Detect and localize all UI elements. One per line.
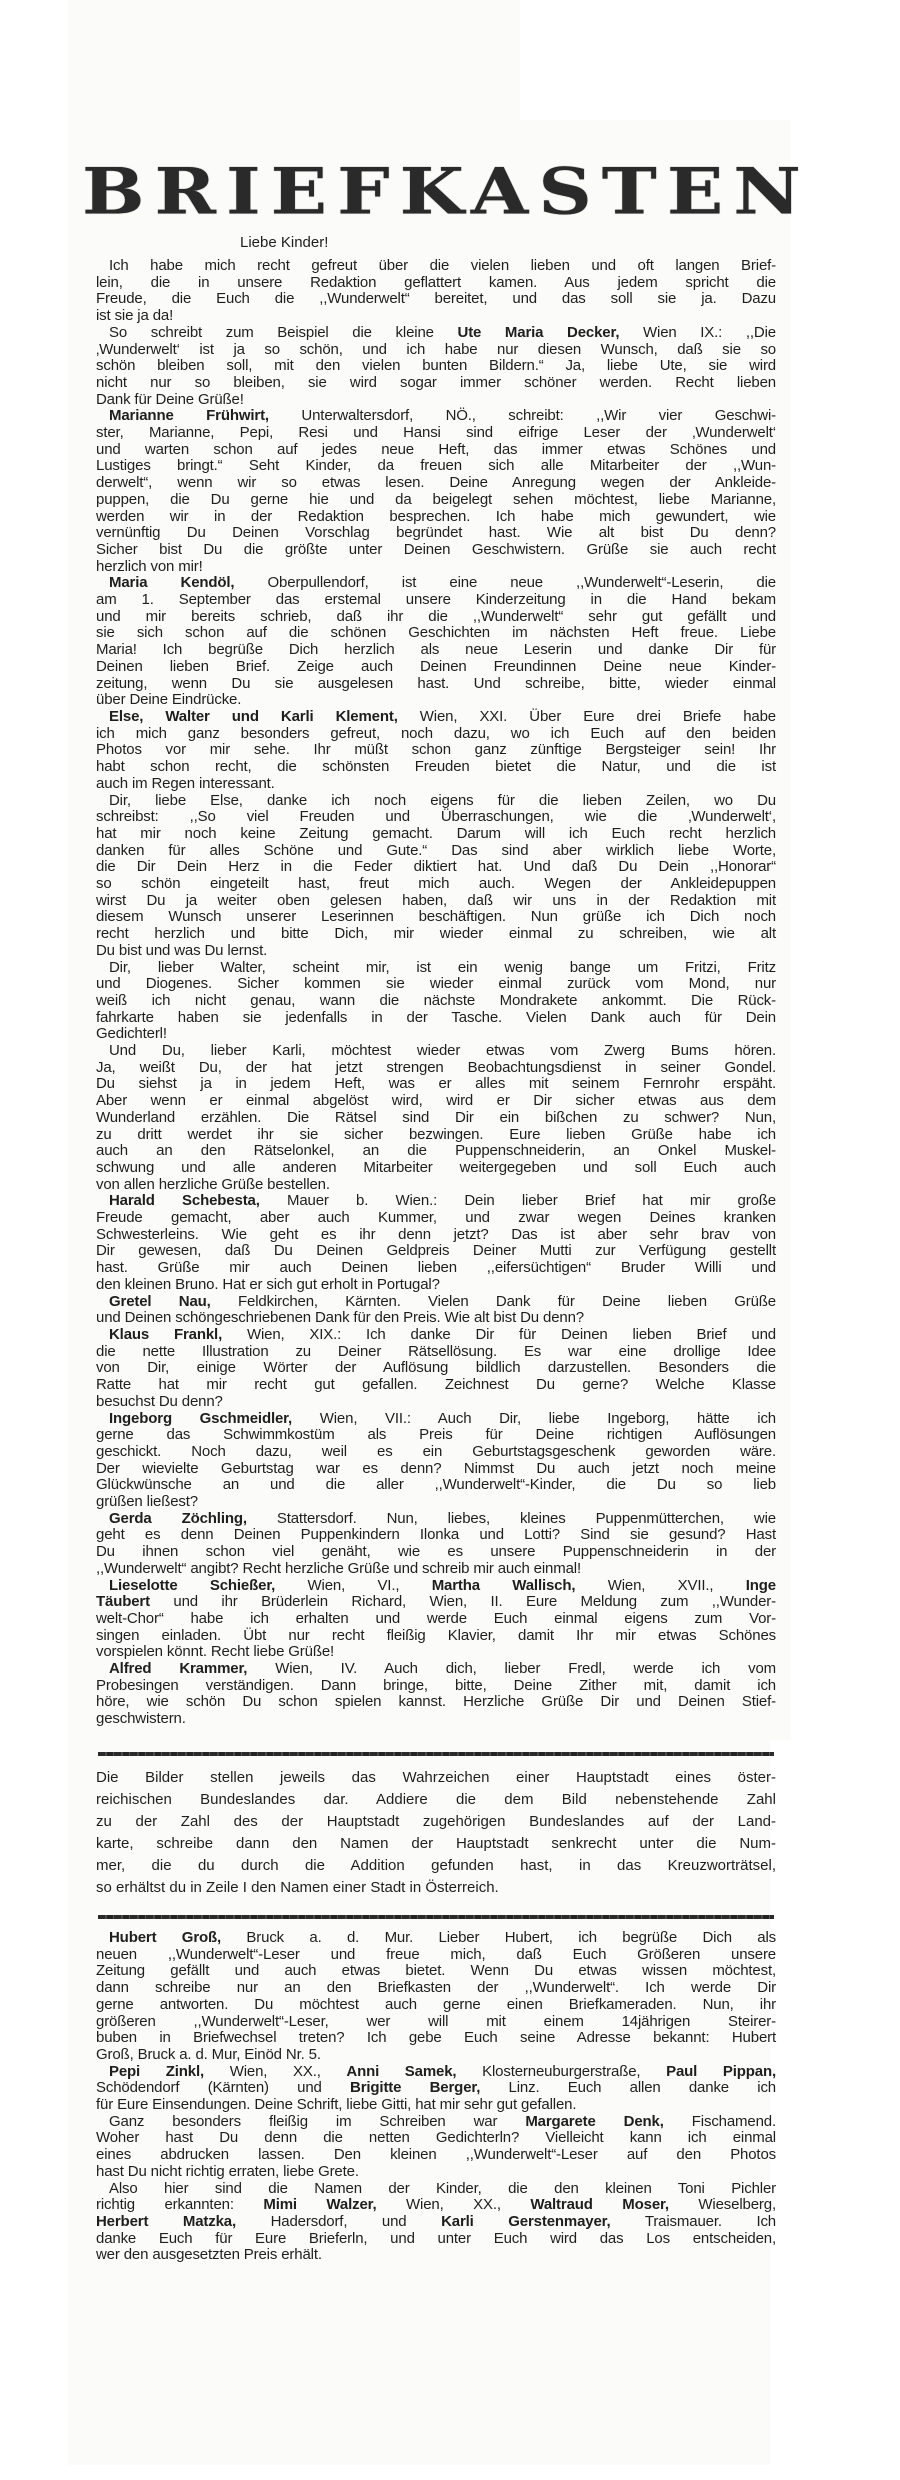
- text-line: von allen herzliche Grüße bestellen.: [96, 1177, 776, 1194]
- reader-name: Waltraud Moser,: [530, 2196, 669, 2213]
- text-line: Lieselotte Schießer, Wien, VI., Martha W…: [96, 1578, 776, 1595]
- greeting: Liebe Kinder!: [240, 234, 328, 251]
- text-line: wirst Du ja weiter oben gelesen haben, d…: [96, 893, 776, 910]
- text-line: Sicher bist Du die größte unter Deinen G…: [96, 542, 776, 559]
- text-run: Mauer b. Wien.: Dein lieber Brief hat mi…: [260, 1192, 776, 1209]
- text-line: gerne antworten. Du möchtest auch gerne …: [96, 1997, 776, 2014]
- reader-name: Ingeborg Gschmeidler,: [109, 1410, 292, 1427]
- paragraph: Dir, liebe Else, danke ich noch eigens f…: [96, 793, 776, 960]
- puzzle-instructions: Die Bilder stellen jeweils das Wahrzeich…: [96, 1767, 776, 1899]
- text-run: Lustiges bringt.“ Seht Kinder, da freuen…: [96, 457, 776, 474]
- text-run: hat mir noch keine Zeitung gemacht. Daru…: [96, 825, 776, 842]
- text-run: geschwistern.: [96, 1710, 186, 1727]
- text-run: danken für alles Schöne und Gute.“ Das s…: [96, 842, 776, 859]
- text-run: zu der Zahl des der Hauptstadt zugehörig…: [96, 1813, 776, 1830]
- text-run: Freude, die Euch die ,,Wunderwelt“ berei…: [96, 290, 776, 307]
- text-line: Ingeborg Gschmeidler, Wien, VII.: Auch D…: [96, 1411, 776, 1428]
- reader-name: Martha Wallisch,: [432, 1577, 576, 1594]
- text-run: weiß ich nicht genau, wann die nächste M…: [96, 992, 776, 1009]
- text-run: Du bist und was Du lernst.: [96, 942, 267, 959]
- text-line: den kleinen Bruno. Hat er sich gut erhol…: [96, 1277, 776, 1294]
- text-run: recht herzlich und bitte Dich, mir wiede…: [96, 925, 776, 942]
- text-run: Der wievielte Geburtstag war es denn? Ni…: [96, 1460, 776, 1477]
- reader-name: Ute Maria Decker,: [458, 324, 620, 341]
- text-line: richtig erkannten: Mimi Walzer, Wien, XX…: [96, 2197, 776, 2214]
- text-line: hat mir noch keine Zeitung gemacht. Daru…: [96, 826, 776, 843]
- text-run: schwung und alle anderen Mitarbeiter wei…: [96, 1159, 776, 1176]
- text-line: hast. Grüße mir auch Deinen lieben ,,eif…: [96, 1260, 776, 1277]
- text-line: fahrkarte haben sie jedenfalls in der Ta…: [96, 1010, 776, 1027]
- text-run: Du siehst ja in jedem Heft, was er alles…: [96, 1075, 776, 1092]
- text-run: vernünftig Du Deinen Vorschlag begründet…: [96, 524, 776, 541]
- text-line: Freude, die Euch die ,,Wunderwelt“ berei…: [96, 291, 776, 308]
- paragraph: Also hier sind die Namen der Kinder, die…: [96, 2181, 776, 2265]
- text-line: Maria Kendöl, Oberpullendorf, ist eine n…: [96, 575, 776, 592]
- paragraph: Marianne Frühwirt, Unterwaltersdorf, NÖ.…: [96, 408, 776, 575]
- text-line: zeitung, wenn Du sie ausgelesen hast. Un…: [96, 676, 776, 693]
- text-line: danke Euch für Eure Brieferln, und unter…: [96, 2231, 776, 2248]
- text-run: Oberpullendorf, ist eine neue ,,Wunderwe…: [234, 574, 776, 591]
- reader-name: Else, Walter und Karli Klement,: [109, 708, 398, 725]
- reader-name: Lieselotte Schießer,: [109, 1577, 275, 1594]
- text-run: mer, die du durch die Addition gefunden …: [96, 1857, 776, 1874]
- paragraph: Die Bilder stellen jeweils das Wahrzeich…: [96, 1767, 776, 1899]
- text-line: schön bleiben soll, mit den vielen bunte…: [96, 358, 776, 375]
- text-line: Hubert Groß, Bruck a. d. Mur. Lieber Hub…: [96, 1930, 776, 1947]
- text-line: für Eure Einsendungen. Deine Schrift, li…: [96, 2097, 776, 2114]
- text-run: Wien IX.: ,,Die: [619, 324, 776, 341]
- text-run: Dir, liebe Else, danke ich noch eigens f…: [109, 792, 776, 809]
- text-run: gerne antworten. Du möchtest auch gerne …: [96, 1996, 776, 2013]
- text-run: Wien, VI.,: [275, 1577, 431, 1594]
- text-run: derwelt“, wenn wir so etwas lesen. Deine…: [96, 474, 776, 491]
- text-line: gerne das Schwimmkostüm als Preis für De…: [96, 1427, 776, 1444]
- reader-name: Marianne Frühwirt,: [109, 407, 269, 424]
- text-run: fahrkarte haben sie jedenfalls in der Ta…: [96, 1009, 776, 1026]
- text-run: besuchst Du denn?: [96, 1393, 223, 1410]
- text-line: Zeitung gefällt und auch etwas bietet. W…: [96, 1963, 776, 1980]
- text-run: geht es denn Deinen Puppenkindern Ilonka…: [96, 1526, 776, 1543]
- text-run: Wien, XX.,: [377, 2196, 531, 2213]
- text-line: Lustiges bringt.“ Seht Kinder, da freuen…: [96, 458, 776, 475]
- text-line: ich mich ganz besonders gefreut, noch da…: [96, 726, 776, 743]
- text-run: Bruck a. d. Mur. Lieber Hubert, ich begr…: [221, 1929, 776, 1946]
- text-line: auch an den Rätselonkel, an die Puppensc…: [96, 1143, 776, 1160]
- text-run: Ganz besonders fleißig im Schreiben war: [109, 2113, 525, 2130]
- paragraph: Maria Kendöl, Oberpullendorf, ist eine n…: [96, 575, 776, 709]
- text-line: buben in Briefwechsel treten? Ich gebe E…: [96, 2030, 776, 2047]
- text-line: puppen, die Du gerne hie und da beigeleg…: [96, 492, 776, 509]
- text-line: hast Du nicht richtig erraten, liebe Gre…: [96, 2164, 776, 2181]
- text-line: Schwesterleins. Wie geht es ihr denn jet…: [96, 1227, 776, 1244]
- text-line: Deinen lieben Brief. Zeige auch Deinen F…: [96, 659, 776, 676]
- text-run: über Deine Eindrücke.: [96, 691, 241, 708]
- more-letters-section: Hubert Groß, Bruck a. d. Mur. Lieber Hub…: [96, 1930, 776, 2264]
- text-line: Maria! Ich begrüße Dich herzlich als neu…: [96, 642, 776, 659]
- text-line: Der wievielte Geburtstag war es denn? Ni…: [96, 1461, 776, 1478]
- text-line: dann schreibe nur an den Briefkasten der…: [96, 1980, 776, 1997]
- text-run: lein, die in unsere Redaktion geflattert…: [96, 274, 776, 291]
- text-line: Photos vor mir sehe. Ihr müßt schon ganz…: [96, 742, 776, 759]
- text-run: dann schreibe nur an den Briefkasten der…: [96, 1979, 776, 1996]
- paragraph: Gretel Nau, Feldkirchen, Kärnten. Vielen…: [96, 1294, 776, 1327]
- text-run: gerne das Schwimmkostüm als Preis für De…: [96, 1426, 776, 1443]
- text-line: Gedichterl!: [96, 1026, 776, 1043]
- text-run: vorspielen könnt. Recht liebe Grüße!: [96, 1643, 334, 1660]
- text-run: Zeitung gefällt und auch etwas bietet. W…: [96, 1962, 776, 1979]
- reader-name: Margarete Denk,: [525, 2113, 663, 2130]
- text-run: Dir, lieber Walter, scheint mir, ist ein…: [109, 959, 776, 976]
- text-run: Dir gewesen, daß Du Deinen Geldpreis Dei…: [96, 1242, 776, 1259]
- divider-rule-bottom: [98, 1915, 774, 1919]
- text-line: größeren ,,Wunderwelt“-Leser, wer will m…: [96, 2014, 776, 2031]
- text-line: Klaus Frankl, Wien, XIX.: Ich danke Dir …: [96, 1327, 776, 1344]
- text-run: Sicher bist Du die größte unter Deinen G…: [96, 541, 776, 558]
- text-run: Wieselberg,: [669, 2196, 776, 2213]
- text-line: so erhältst du in Zeile I den Namen eine…: [96, 1877, 776, 1899]
- text-run: von Dir, einige Wörter der Auflösung bil…: [96, 1359, 776, 1376]
- text-run: Maria! Ich begrüße Dich herzlich als neu…: [96, 641, 776, 658]
- text-run: Traismauer. Ich: [611, 2213, 776, 2230]
- text-line: habt schon recht, die schönsten Freuden …: [96, 759, 776, 776]
- reader-name: Gretel Nau,: [109, 1293, 211, 1310]
- text-run: neuen ,,Wunderwelt“-Leser und freue mich…: [96, 1946, 776, 1963]
- text-line: Schödendorf (Kärnten) und Brigitte Berge…: [96, 2080, 776, 2097]
- text-run: auch im Regen interessant.: [96, 775, 275, 792]
- text-run: Fischamend.: [664, 2113, 776, 2130]
- text-line: So schreibt zum Beispiel die kleine Ute …: [96, 325, 776, 342]
- reader-name: Karli Gerstenmayer,: [441, 2213, 610, 2230]
- text-line: Du ihnen schon viel genäht, wie es unser…: [96, 1544, 776, 1561]
- reader-name: Klaus Frankl,: [109, 1326, 222, 1343]
- text-run: hast. Grüße mir auch Deinen lieben ,,eif…: [96, 1259, 776, 1276]
- paragraph: Pepi Zinkl, Wien, XX., Anni Samek, Klost…: [96, 2064, 776, 2114]
- text-line: welt-Chor“ habe ich erhalten und werde E…: [96, 1611, 776, 1628]
- text-line: Freude gemacht, aber auch Kummer, und zw…: [96, 1210, 776, 1227]
- text-run: auch an den Rätselonkel, an die Puppensc…: [96, 1142, 776, 1159]
- text-run: diesem Wunsch unserer Leserinnen beschäf…: [96, 908, 776, 925]
- text-line: Ratte hat mir recht gut gefallen. Zeichn…: [96, 1377, 776, 1394]
- text-run: höre, wie schön Du schon spielen kannst.…: [96, 1693, 776, 1710]
- text-run: ist sie ja da!: [96, 307, 173, 324]
- text-line: geht es denn Deinen Puppenkindern Ilonka…: [96, 1527, 776, 1544]
- text-run: danke Euch für Eure Brieferln, und unter…: [96, 2230, 776, 2247]
- text-line: Alfred Krammer, Wien, IV. Auch dich, lie…: [96, 1661, 776, 1678]
- paragraph: Ich habe mich recht gefreut über die vie…: [96, 258, 776, 325]
- text-line: neuen ,,Wunderwelt“-Leser und freue mich…: [96, 1947, 776, 1964]
- text-line: und warten schon auf jedes neue Heft, da…: [96, 442, 776, 459]
- text-run: nicht nur so bleiben, sie wird sogar imm…: [96, 374, 776, 391]
- text-run: wer den ausgesetzten Preis erhält.: [96, 2246, 322, 2263]
- reader-name: Täubert: [96, 1593, 150, 1610]
- text-line: Du siehst ja in jedem Heft, was er alles…: [96, 1076, 776, 1093]
- paragraph: Alfred Krammer, Wien, IV. Auch dich, lie…: [96, 1661, 776, 1728]
- text-line: Täubert und ihr Brüderlein Richard, Wien…: [96, 1594, 776, 1611]
- text-line: und Diogenes. Sicher kommen sie wieder e…: [96, 976, 776, 993]
- text-run: Deinen lieben Brief. Zeige auch Deinen F…: [96, 658, 776, 675]
- reader-name: Harald Schebesta,: [109, 1192, 260, 1209]
- text-run: Und Du, lieber Karli, möchtest wieder et…: [109, 1042, 776, 1059]
- text-line: über Deine Eindrücke.: [96, 692, 776, 709]
- paragraph: Lieselotte Schießer, Wien, VI., Martha W…: [96, 1578, 776, 1662]
- reader-name: Maria Kendöl,: [109, 574, 234, 591]
- text-run: buben in Briefwechsel treten? Ich gebe E…: [96, 2029, 776, 2046]
- text-run: so erhältst du in Zeile I den Namen eine…: [96, 1879, 499, 1896]
- text-run: und Diogenes. Sicher kommen sie wieder e…: [96, 975, 776, 992]
- paragraph: Und Du, lieber Karli, möchtest wieder et…: [96, 1043, 776, 1193]
- text-line: zu der Zahl des der Hauptstadt zugehörig…: [96, 1811, 776, 1833]
- text-run: Photos vor mir sehe. Ihr müßt schon ganz…: [96, 741, 776, 758]
- text-run: welt-Chor“ habe ich erhalten und werde E…: [96, 1610, 776, 1627]
- text-run: herzlich von mir!: [96, 558, 203, 575]
- text-line: Dir gewesen, daß Du Deinen Geldpreis Dei…: [96, 1243, 776, 1260]
- reader-name: Brigitte Berger,: [350, 2079, 480, 2096]
- text-line: Groß, Bruck a. d. Mur, Einöd Nr. 5.: [96, 2047, 776, 2064]
- text-line: und mir bereits schrieb, daß ihr die ,,W…: [96, 609, 776, 626]
- text-run: Unterwaltersdorf, NÖ., schreibt: ,,Wir v…: [269, 407, 776, 424]
- text-run: für Eure Einsendungen. Deine Schrift, li…: [96, 2096, 576, 2113]
- text-line: grüßen ließest?: [96, 1494, 776, 1511]
- paragraph: Ganz besonders fleißig im Schreiben war …: [96, 2114, 776, 2181]
- text-line: auch im Regen interessant.: [96, 776, 776, 793]
- text-line: Ja, weißt Du, der hat jetzt strengen Beo…: [96, 1060, 776, 1077]
- text-line: Du bist und was Du lernst.: [96, 943, 776, 960]
- reader-name: Pepi Zinkl,: [109, 2063, 204, 2080]
- paragraph: Klaus Frankl, Wien, XIX.: Ich danke Dir …: [96, 1327, 776, 1411]
- text-run: und mir bereits schrieb, daß ihr die ,,W…: [96, 608, 776, 625]
- reader-name: Gerda Zöchling,: [109, 1510, 247, 1527]
- text-line: Else, Walter und Karli Klement, Wien, XX…: [96, 709, 776, 726]
- text-line: besuchst Du denn?: [96, 1394, 776, 1411]
- text-run: Wien, XVII.,: [575, 1577, 745, 1594]
- text-line: sie sich schon auf die schönen Geschicht…: [96, 625, 776, 642]
- text-run: sie sich schon auf die schönen Geschicht…: [96, 624, 776, 641]
- text-run: werden wir in der Redaktion besprechen. …: [96, 508, 776, 525]
- text-run: habt schon recht, die schönsten Freuden …: [96, 758, 776, 775]
- text-run: Aber wenn er einmal abgelöst wird, wird …: [96, 1092, 776, 1109]
- reader-name: Hubert Groß,: [109, 1929, 221, 1946]
- text-line: Dank für Deine Grüße!: [96, 392, 776, 409]
- text-run: Groß, Bruck a. d. Mur, Einöd Nr. 5.: [96, 2046, 321, 2063]
- text-line: und Deinen schöngeschriebenen Dank für d…: [96, 1310, 776, 1327]
- text-run: Ich habe mich recht gefreut über die vie…: [109, 257, 776, 274]
- text-line: die nette Illustration zu Deiner Rätsell…: [96, 1344, 776, 1361]
- text-run: die Dir Dein Herz in die Feder diktiert …: [96, 858, 776, 875]
- text-run: ,,Wunderwelt“ angibt? Recht herzliche Gr…: [96, 1560, 581, 1577]
- text-run: wirst Du ja weiter oben gelesen haben, d…: [96, 892, 776, 909]
- text-run: Linz. Euch allen danke ich: [480, 2079, 776, 2096]
- text-run: eines abdrucken lassen. Den kleinen ,,Wu…: [96, 2146, 776, 2163]
- text-run: so schön eingeteilt hast, freut mich auc…: [96, 875, 776, 892]
- text-run: Ratte hat mir recht gut gefallen. Zeichn…: [96, 1376, 776, 1393]
- text-line: höre, wie schön Du schon spielen kannst.…: [96, 1694, 776, 1711]
- text-run: Feldkirchen, Kärnten. Vielen Dank für De…: [211, 1293, 776, 1310]
- paragraph: Else, Walter und Karli Klement, Wien, XX…: [96, 709, 776, 793]
- text-run: karte, schreibe dann den Namen der Haupt…: [96, 1835, 776, 1852]
- paragraph: Ingeborg Gschmeidler, Wien, VII.: Auch D…: [96, 1411, 776, 1511]
- text-run: von allen herzliche Grüße bestellen.: [96, 1176, 330, 1193]
- text-run: und Deinen schöngeschriebenen Dank für d…: [96, 1309, 584, 1326]
- text-line: wer den ausgesetzten Preis erhält.: [96, 2247, 776, 2264]
- reader-name: Inge: [746, 1577, 776, 1594]
- text-line: Glückwünsche an und die aller ,,Wunderwe…: [96, 1477, 776, 1494]
- text-line: ster, Marianne, Pepi, Resi und Hansi sin…: [96, 425, 776, 442]
- letters-section: Ich habe mich recht gefreut über die vie…: [96, 258, 776, 1728]
- reader-name: Alfred Krammer,: [109, 1660, 247, 1677]
- text-line: Aber wenn er einmal abgelöst wird, wird …: [96, 1093, 776, 1110]
- text-run: richtig erkannten:: [96, 2196, 263, 2213]
- text-run: Schödendorf (Kärnten) und: [96, 2079, 350, 2096]
- text-run: Freude gemacht, aber auch Kummer, und zw…: [96, 1209, 776, 1226]
- text-line: ,,Wunderwelt“ angibt? Recht herzliche Gr…: [96, 1561, 776, 1578]
- text-line: nicht nur so bleiben, sie wird sogar imm…: [96, 375, 776, 392]
- text-line: Dir, liebe Else, danke ich noch eigens f…: [96, 793, 776, 810]
- text-run: Klosterneuburgerstraße,: [456, 2063, 666, 2080]
- text-run: schreibst: ,,So viel Freuden und Überras…: [96, 808, 776, 825]
- text-line: von Dir, einige Wörter der Auflösung bil…: [96, 1360, 776, 1377]
- paragraph: So schreibt zum Beispiel die kleine Ute …: [96, 325, 776, 409]
- text-line: danken für alles Schöne und Gute.“ Das s…: [96, 843, 776, 860]
- text-line: Gretel Nau, Feldkirchen, Kärnten. Vielen…: [96, 1294, 776, 1311]
- text-line: Ich habe mich recht gefreut über die vie…: [96, 258, 776, 275]
- text-run: ster, Marianne, Pepi, Resi und Hansi sin…: [96, 424, 776, 441]
- text-run: Also hier sind die Namen der Kinder, die…: [109, 2180, 776, 2197]
- text-run: Du ihnen schon viel genäht, wie es unser…: [96, 1543, 776, 1560]
- scan-margin: [520, 0, 790, 120]
- text-run: ‚Wunderwelt‘ ist ja so schön, und ich ha…: [96, 341, 776, 358]
- text-line: recht herzlich und bitte Dich, mir wiede…: [96, 926, 776, 943]
- text-run: zeitung, wenn Du sie ausgelesen hast. Un…: [96, 675, 776, 692]
- text-run: zu dritt werdet ihr sie sicher bezwingen…: [96, 1126, 776, 1143]
- text-line: zu dritt werdet ihr sie sicher bezwingen…: [96, 1127, 776, 1144]
- paragraph: Gerda Zöchling, Stattersdorf. Nun, liebe…: [96, 1511, 776, 1578]
- text-line: schreibst: ,,So viel Freuden und Überras…: [96, 809, 776, 826]
- text-run: Wunderland erzählen. Die Rätsel sind Dir…: [96, 1109, 776, 1126]
- text-line: Herbert Matzka, Hadersdorf, und Karli Ge…: [96, 2214, 776, 2231]
- text-run: Gedichterl!: [96, 1025, 167, 1042]
- text-line: Pepi Zinkl, Wien, XX., Anni Samek, Klost…: [96, 2064, 776, 2081]
- text-run: Dank für Deine Grüße!: [96, 391, 244, 408]
- text-run: So schreibt zum Beispiel die kleine: [109, 324, 458, 341]
- text-line: vernünftig Du Deinen Vorschlag begründet…: [96, 525, 776, 542]
- text-line: derwelt“, wenn wir so etwas lesen. Deine…: [96, 475, 776, 492]
- divider-rule-top: [98, 1752, 774, 1756]
- text-line: Harald Schebesta, Mauer b. Wien.: Dein l…: [96, 1193, 776, 1210]
- text-run: Schwesterleins. Wie geht es ihr denn jet…: [96, 1226, 776, 1243]
- text-line: Wunderland erzählen. Die Rätsel sind Dir…: [96, 1110, 776, 1127]
- paragraph: Hubert Groß, Bruck a. d. Mur. Lieber Hub…: [96, 1930, 776, 2064]
- text-run: reichischen Bundeslandes dar. Addiere di…: [96, 1791, 776, 1808]
- text-line: Also hier sind die Namen der Kinder, die…: [96, 2181, 776, 2198]
- text-line: die Dir Dein Herz in die Feder diktiert …: [96, 859, 776, 876]
- text-line: eines abdrucken lassen. Den kleinen ,,Wu…: [96, 2147, 776, 2164]
- text-run: am 1. September das erstemal unsere Kind…: [96, 591, 776, 608]
- text-line: Die Bilder stellen jeweils das Wahrzeich…: [96, 1767, 776, 1789]
- text-line: mer, die du durch die Addition gefunden …: [96, 1855, 776, 1877]
- text-line: schwung und alle anderen Mitarbeiter wei…: [96, 1160, 776, 1177]
- reader-name: Anni Samek,: [346, 2063, 456, 2080]
- text-run: puppen, die Du gerne hie und da beigeleg…: [96, 491, 776, 508]
- text-run: Woher hast Du denn die netten Gedichterl…: [96, 2129, 776, 2146]
- text-line: geschwistern.: [96, 1711, 776, 1728]
- reader-name: Mimi Walzer,: [263, 2196, 376, 2213]
- text-line: diesem Wunsch unserer Leserinnen beschäf…: [96, 909, 776, 926]
- text-line: Ganz besonders fleißig im Schreiben war …: [96, 2114, 776, 2131]
- text-line: geschickt. Noch dazu, weil es ein Geburt…: [96, 1444, 776, 1461]
- text-line: herzlich von mir!: [96, 559, 776, 576]
- text-line: karte, schreibe dann den Namen der Haupt…: [96, 1833, 776, 1855]
- text-line: werden wir in der Redaktion besprechen. …: [96, 509, 776, 526]
- text-run: Wien, XX.,: [204, 2063, 346, 2080]
- page-title: BRIEFKASTEN: [82, 160, 772, 224]
- text-run: hast Du nicht richtig erraten, liebe Gre…: [96, 2163, 359, 2180]
- text-line: reichischen Bundeslandes dar. Addiere di…: [96, 1789, 776, 1811]
- text-run: Ja, weißt Du, der hat jetzt strengen Beo…: [96, 1059, 776, 1076]
- text-run: Wien, VII.: Auch Dir, liebe Ingeborg, hä…: [292, 1410, 776, 1427]
- reader-name: Herbert Matzka,: [96, 2213, 236, 2230]
- text-run: und warten schon auf jedes neue Heft, da…: [96, 441, 776, 458]
- text-run: und ihr Brüderlein Richard, Wien, II. Eu…: [150, 1593, 776, 1610]
- text-line: am 1. September das erstemal unsere Kind…: [96, 592, 776, 609]
- text-run: Wien, XIX.: Ich danke Dir für Deinen lie…: [222, 1326, 776, 1343]
- text-run: Stattersdorf. Nun, liebes, kleines Puppe…: [247, 1510, 776, 1527]
- text-run: Die Bilder stellen jeweils das Wahrzeich…: [96, 1769, 776, 1786]
- text-run: singen einladen. Übt nur recht fleißig K…: [96, 1627, 776, 1644]
- text-run: Wien, XXI. Über Eure drei Briefe habe: [398, 708, 776, 725]
- text-line: Marianne Frühwirt, Unterwaltersdorf, NÖ.…: [96, 408, 776, 425]
- text-line: Probesingen verständigen. Dann bringe, b…: [96, 1678, 776, 1695]
- text-run: Hadersdorf, und: [236, 2213, 441, 2230]
- text-run: schön bleiben soll, mit den vielen bunte…: [96, 357, 776, 374]
- text-run: grüßen ließest?: [96, 1493, 198, 1510]
- text-run: die nette Illustration zu Deiner Rätsell…: [96, 1343, 776, 1360]
- reader-name: Paul Pippan,: [666, 2063, 776, 2080]
- text-run: Glückwünsche an und die aller ,,Wunderwe…: [96, 1476, 776, 1493]
- text-line: weiß ich nicht genau, wann die nächste M…: [96, 993, 776, 1010]
- text-line: Dir, lieber Walter, scheint mir, ist ein…: [96, 960, 776, 977]
- text-run: den kleinen Bruno. Hat er sich gut erhol…: [96, 1276, 440, 1293]
- paragraph: Harald Schebesta, Mauer b. Wien.: Dein l…: [96, 1193, 776, 1293]
- text-run: ich mich ganz besonders gefreut, noch da…: [96, 725, 776, 742]
- text-line: ist sie ja da!: [96, 308, 776, 325]
- text-line: vorspielen könnt. Recht liebe Grüße!: [96, 1644, 776, 1661]
- text-run: geschickt. Noch dazu, weil es ein Geburt…: [96, 1443, 776, 1460]
- text-line: singen einladen. Übt nur recht fleißig K…: [96, 1628, 776, 1645]
- text-line: so schön eingeteilt hast, freut mich auc…: [96, 876, 776, 893]
- text-line: Und Du, lieber Karli, möchtest wieder et…: [96, 1043, 776, 1060]
- text-line: lein, die in unsere Redaktion geflattert…: [96, 275, 776, 292]
- paragraph: Dir, lieber Walter, scheint mir, ist ein…: [96, 960, 776, 1044]
- text-line: Woher hast Du denn die netten Gedichterl…: [96, 2130, 776, 2147]
- text-line: ‚Wunderwelt‘ ist ja so schön, und ich ha…: [96, 342, 776, 359]
- text-run: Wien, IV. Auch dich, lieber Fredl, werde…: [247, 1660, 776, 1677]
- text-run: Probesingen verständigen. Dann bringe, b…: [96, 1677, 776, 1694]
- text-line: Gerda Zöchling, Stattersdorf. Nun, liebe…: [96, 1511, 776, 1528]
- text-run: größeren ,,Wunderwelt“-Leser, wer will m…: [96, 2013, 776, 2030]
